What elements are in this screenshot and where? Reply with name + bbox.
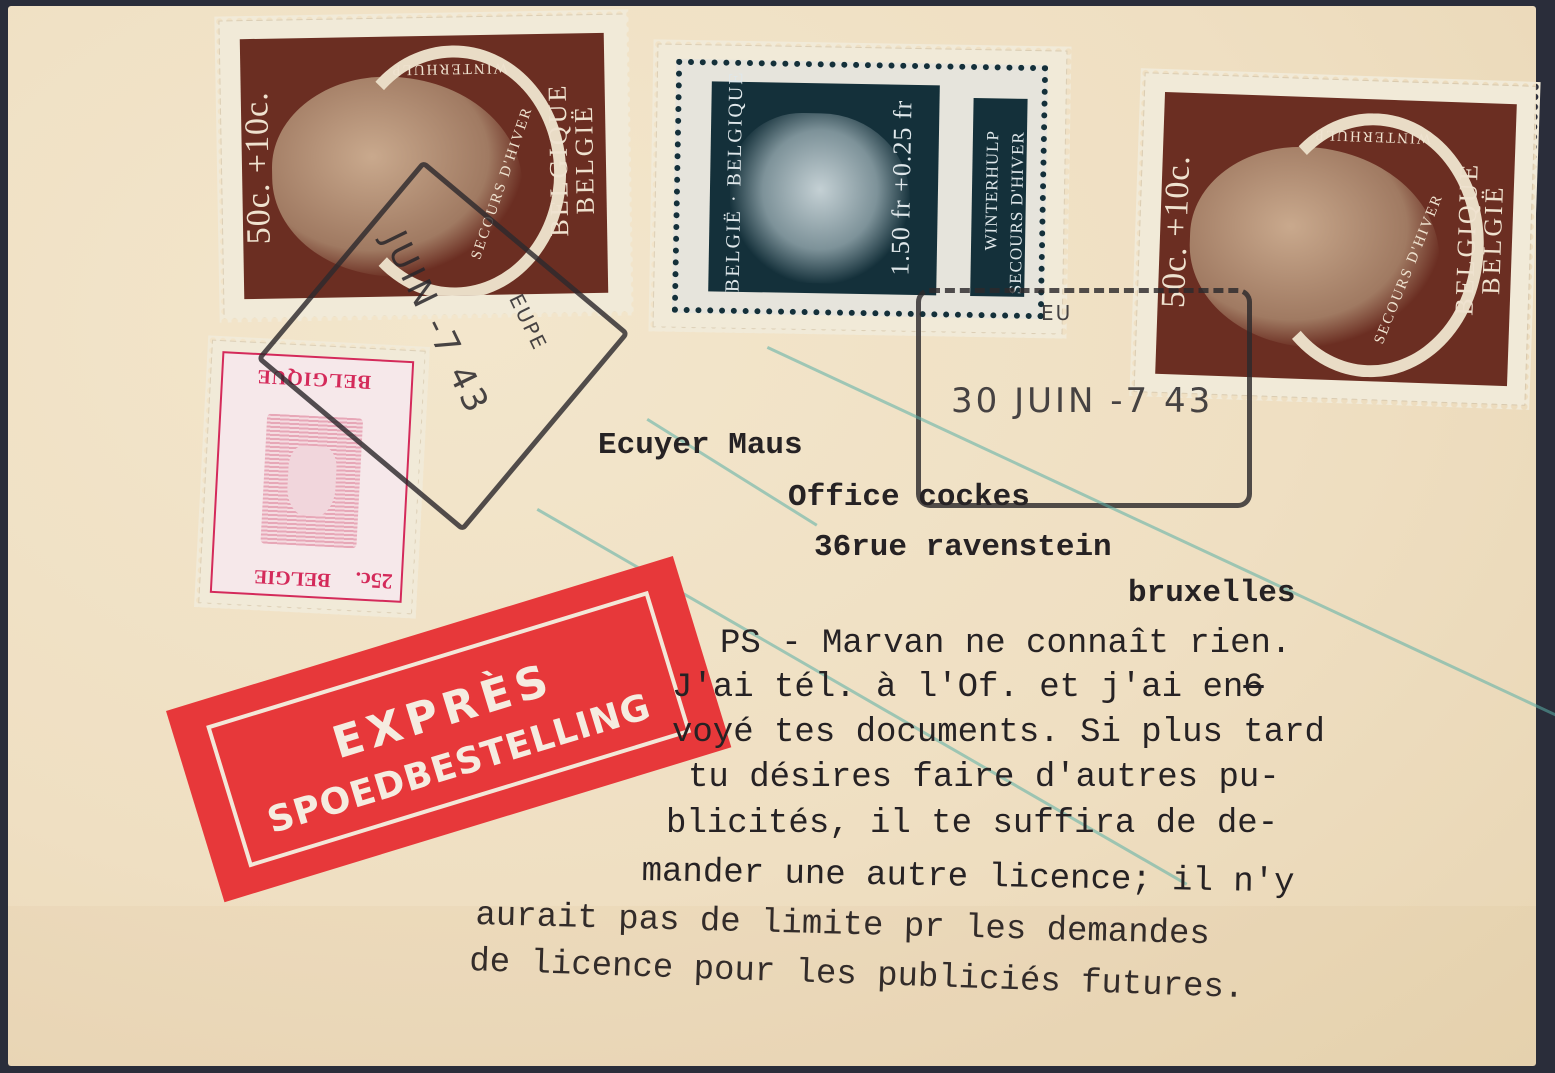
- message-line: mander une autre licence; il n'y: [641, 852, 1295, 903]
- stamp-country-top: BELGIE: [253, 564, 331, 591]
- struck-character: 6: [1243, 669, 1263, 707]
- address-city: bruxelles: [1128, 574, 1295, 614]
- postmark-partial-text: EUPE: [504, 290, 552, 354]
- lion-icon: [286, 445, 338, 517]
- message-line: voyé tes documents. Si plus tard: [672, 713, 1325, 753]
- message-line: J'ai tél. à l'Of. et j'ai en6: [672, 668, 1264, 708]
- stamp-value: 1.50 fr +0.25 fr: [885, 100, 918, 276]
- postmark-partial-text: EU: [1041, 301, 1072, 325]
- knight-image: [728, 112, 911, 285]
- stamp-country: BELGIQUE BELGIË: [1451, 138, 1510, 340]
- stamp-value: 25c.: [355, 566, 394, 594]
- address-line-1: Office cockes: [788, 478, 1030, 518]
- express-label-border: EXPRÈS SPOEDBESTELLING: [206, 591, 691, 868]
- ribbon-top-text: WINTERHULP: [390, 59, 508, 78]
- message-line: PS - Marvan ne connaît rien.: [720, 624, 1291, 664]
- message-line: de licence pour les publiciés futures.: [469, 942, 1245, 1009]
- stamp-value: 50c. +10c.: [240, 91, 279, 244]
- postmark-date: JUIN -7 43: [374, 225, 497, 422]
- postmark-date: 30 JUIN -7 43: [951, 381, 1213, 421]
- side-text-1: WINTERHULP: [981, 130, 1003, 251]
- stamp-value: 50c. +10c.: [1155, 154, 1198, 308]
- message-line: blicités, il te suffira de de-: [666, 804, 1278, 844]
- stamp-country: BELGIQUE BELGIË: [544, 59, 599, 260]
- recipient-name: Ecuyer Maus: [598, 426, 803, 466]
- message-line: aurait pas de limite pr les demandes: [475, 896, 1210, 955]
- postcard: 50c. +10c. BELGIQUE BELGIË WINTERHULP SE…: [8, 6, 1536, 1066]
- stamp-country: BELGIË · BELGIQUE: [722, 70, 749, 292]
- message-text: J'ai tél. à l'Of. et j'ai en: [672, 669, 1243, 707]
- postmark-right: EU 30 JUIN -7 43: [916, 288, 1252, 508]
- country-nl: BELGIË: [570, 59, 599, 259]
- side-text-2: SECOURS D'HIVER: [1006, 131, 1029, 294]
- message-line: tu désires faire d'autres pu-: [688, 758, 1280, 798]
- address-line-2: 36rue ravenstein: [814, 528, 1112, 568]
